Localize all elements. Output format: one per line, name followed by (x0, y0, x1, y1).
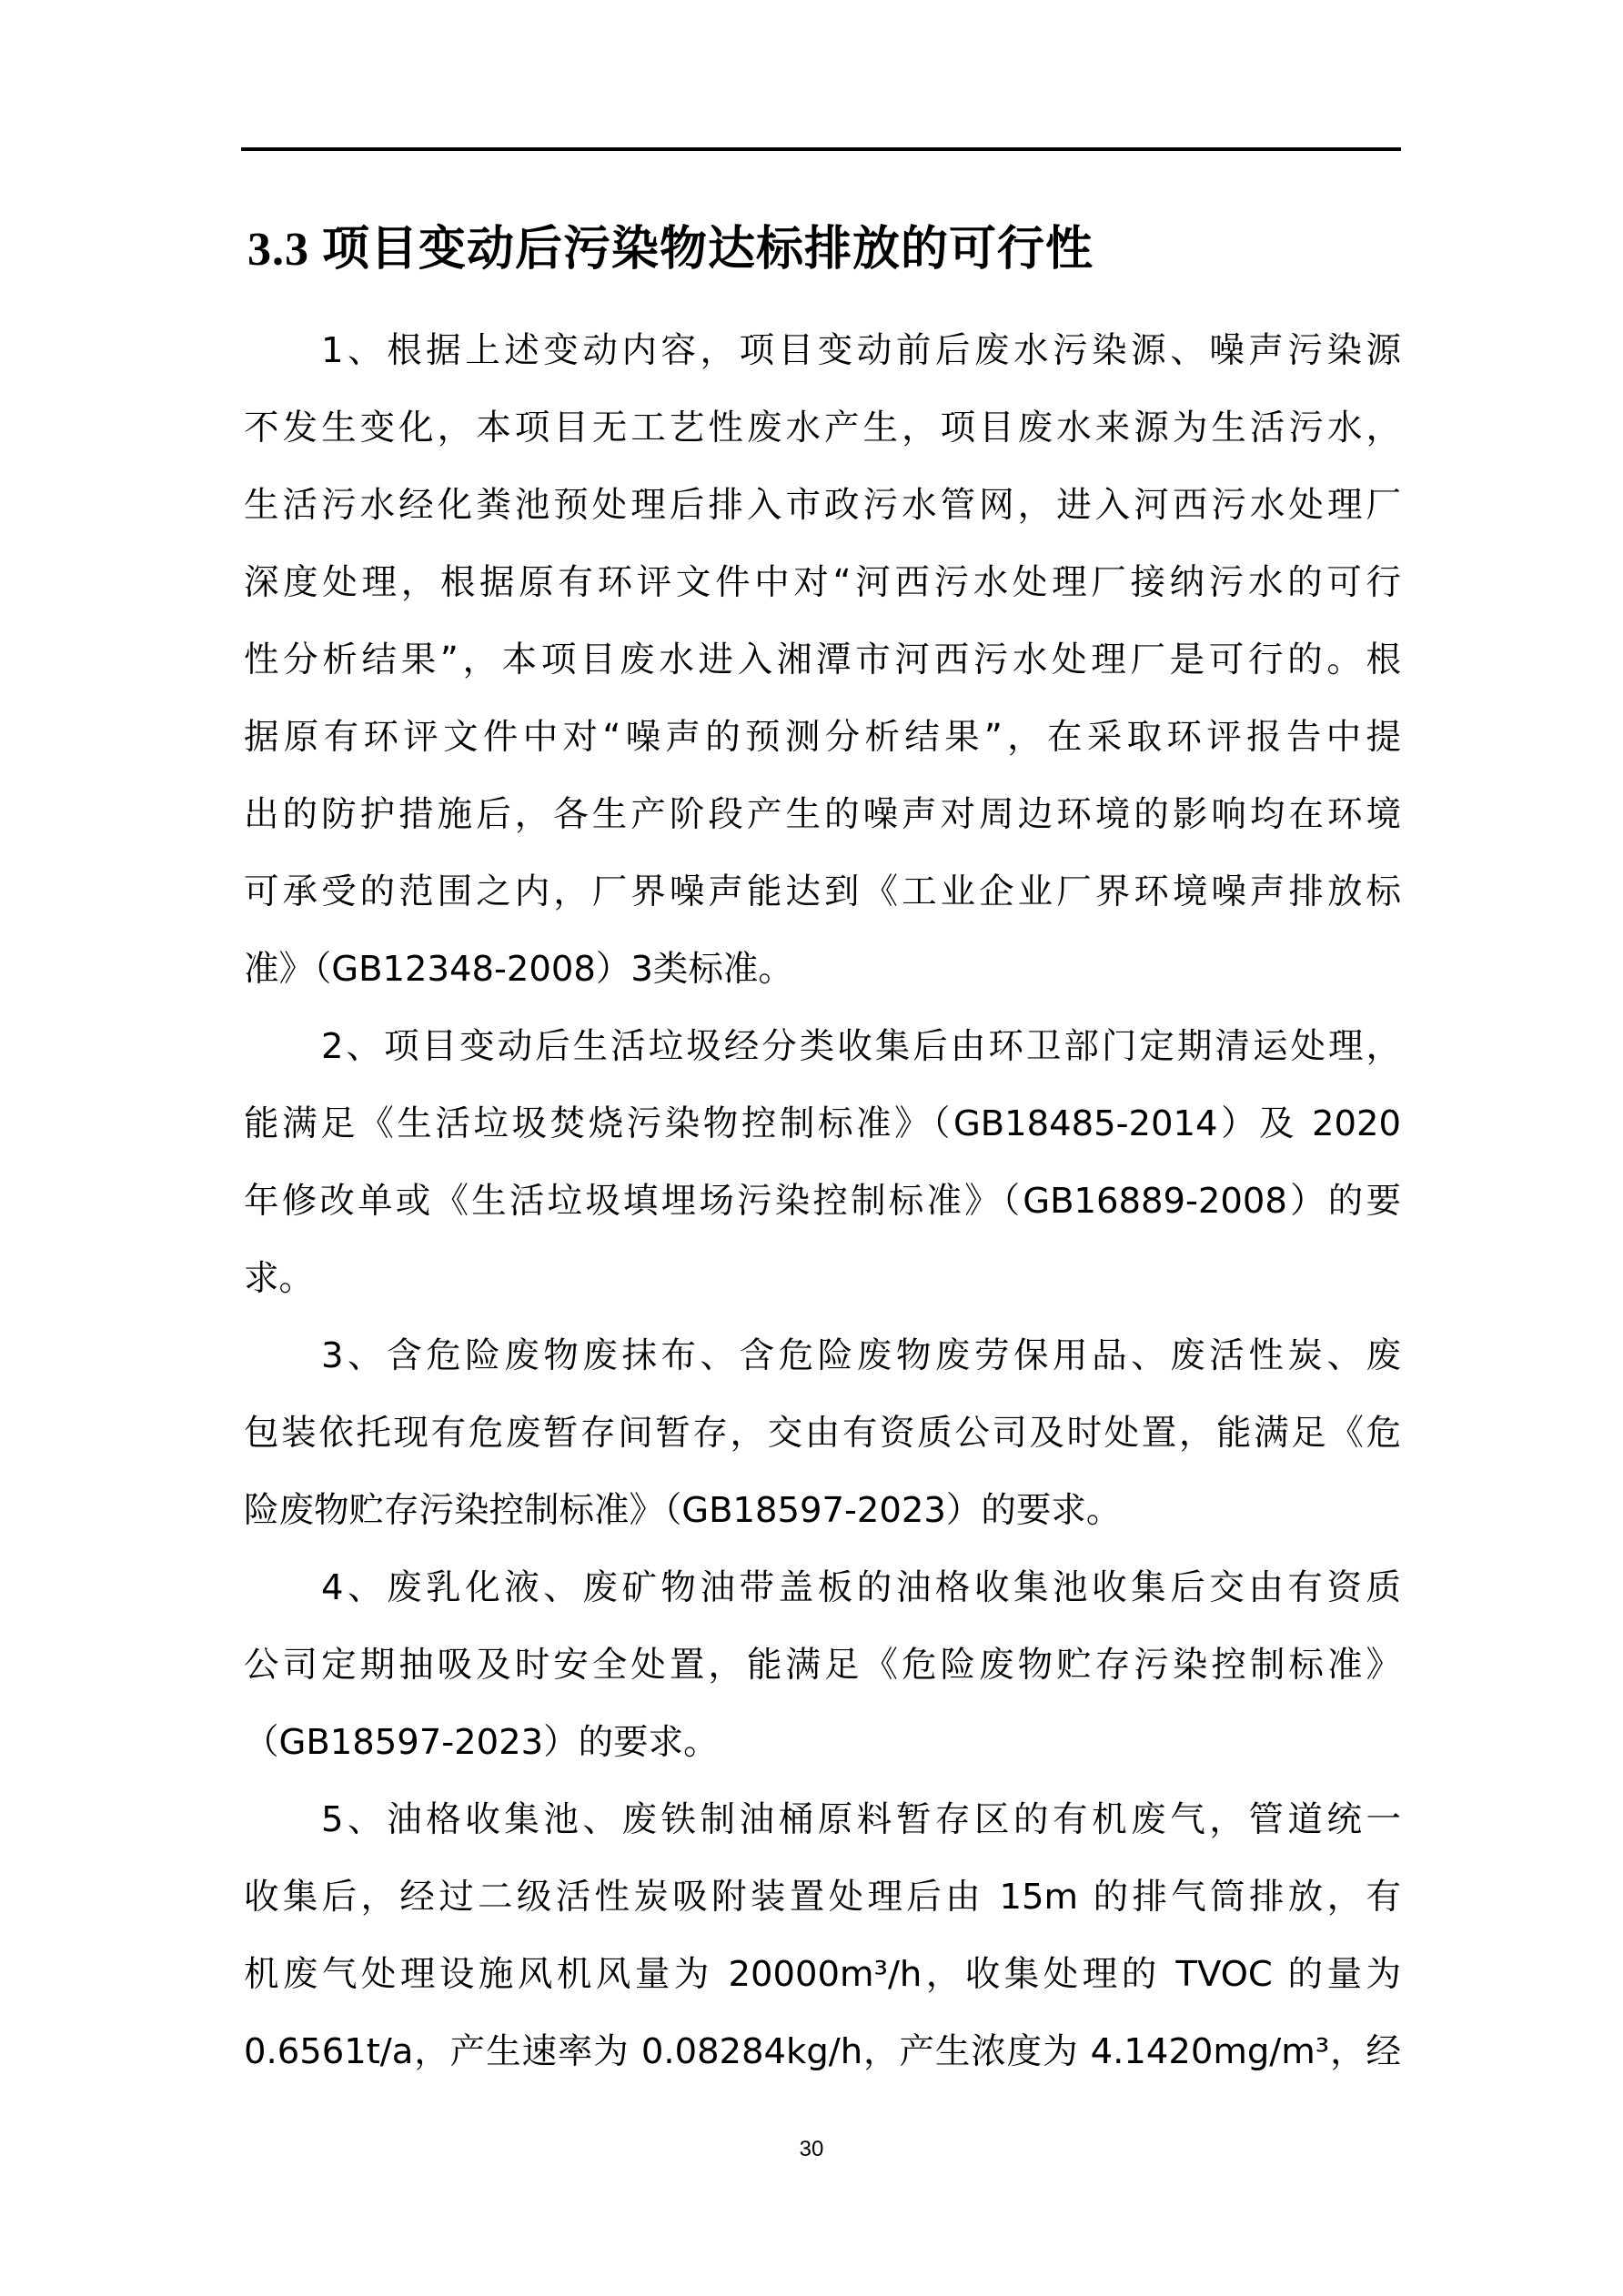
text-line: 不发生变化，本项目无工艺性废水产生，项目废水来源为生活污水， (244, 394, 1401, 471)
text-line: （GB18597-2023）的要求。 (244, 1708, 1401, 1786)
text-line: 包装依托现有危废暂存间暂存，交由有资质公司及时处置，能满足《危 (244, 1399, 1401, 1476)
text-line: 生活污水经化粪池预处理后排入市政污水管网，进入河西污水处理厂 (244, 471, 1401, 549)
page-number: 30 (0, 2136, 1623, 2163)
text-line: 1、根据上述变动内容，项目变动前后废水污染源、噪声污染源 (244, 317, 1401, 394)
paragraph-2: 2、项目变动后生活垃圾经分类收集后由环卫部门定期清运处理， 能满足《生活垃圾焚烧… (244, 1012, 1401, 1322)
text-line: 可承受的范围之内，厂界噪声能达到《工业企业厂界环境噪声排放标 (244, 858, 1401, 935)
text-line: 年修改单或《生活垃圾填埋场污染控制标准》（GB16889-2008）的要 (244, 1167, 1401, 1244)
header-rule (241, 147, 1401, 151)
section-title: 3.3 项目变动后污染物达标排放的可行性 (247, 218, 1403, 282)
text-line: 据原有环评文件中对“噪声的预测分析结果”，在采取环评报告中提 (244, 703, 1401, 780)
text-line: 公司定期抽吸及时安全处置，能满足《危险废物贮存污染控制标准》 (244, 1631, 1401, 1708)
text-line: 0.6561t/a，产生速率为 0.08284kg/h，产生浓度为 4.1420… (244, 2018, 1401, 2095)
paragraph-1: 1、根据上述变动内容，项目变动前后废水污染源、噪声污染源 不发生变化，本项目无工… (244, 317, 1401, 1012)
paragraph-4: 4、废乳化液、废矿物油带盖板的油格收集池收集后交由有资质 公司定期抽吸及时安全处… (244, 1554, 1401, 1786)
text-line: 4、废乳化液、废矿物油带盖板的油格收集池收集后交由有资质 (244, 1554, 1401, 1631)
paragraph-5: 5、油格收集池、废铁制油桶原料暂存区的有机废气，管道统一 收集后，经过二级活性炭… (244, 1786, 1401, 2095)
text-line: 3、含危险废物废抹布、含危险废物废劳保用品、废活性炭、废 (244, 1322, 1401, 1399)
text-line: 性分析结果”，本项目废水进入湘潭市河西污水处理厂是可行的。根 (244, 626, 1401, 703)
text-line: 5、油格收集池、废铁制油桶原料暂存区的有机废气，管道统一 (244, 1786, 1401, 1863)
text-line: 2、项目变动后生活垃圾经分类收集后由环卫部门定期清运处理， (244, 1012, 1401, 1090)
document-page: 3.3 项目变动后污染物达标排放的可行性 1、根据上述变动内容，项目变动前后废水… (0, 0, 1623, 2296)
text-line: 险废物贮存污染控制标准》（GB18597-2023）的要求。 (244, 1476, 1401, 1554)
text-line: 机废气处理设施风机风量为 20000m³/h，收集处理的 TVOC 的量为 (244, 1940, 1401, 2018)
text-line: 准》（GB12348-2008）3类标准。 (244, 935, 1401, 1012)
text-line: 深度处理，根据原有环评文件中对“河西污水处理厂接纳污水的可行 (244, 549, 1401, 626)
text-line: 收集后，经过二级活性炭吸附装置处理后由 15m 的排气筒排放，有 (244, 1863, 1401, 1940)
text-line: 求。 (244, 1244, 1401, 1322)
text-line: 出的防护措施后，各生产阶段产生的噪声对周边环境的影响均在环境 (244, 780, 1401, 858)
paragraph-3: 3、含危险废物废抹布、含危险废物废劳保用品、废活性炭、废 包装依托现有危废暂存间… (244, 1322, 1401, 1554)
body-text: 1、根据上述变动内容，项目变动前后废水污染源、噪声污染源 不发生变化，本项目无工… (244, 317, 1401, 2095)
text-line: 能满足《生活垃圾焚烧污染物控制标准》（GB18485-2014）及 2020 (244, 1090, 1401, 1167)
